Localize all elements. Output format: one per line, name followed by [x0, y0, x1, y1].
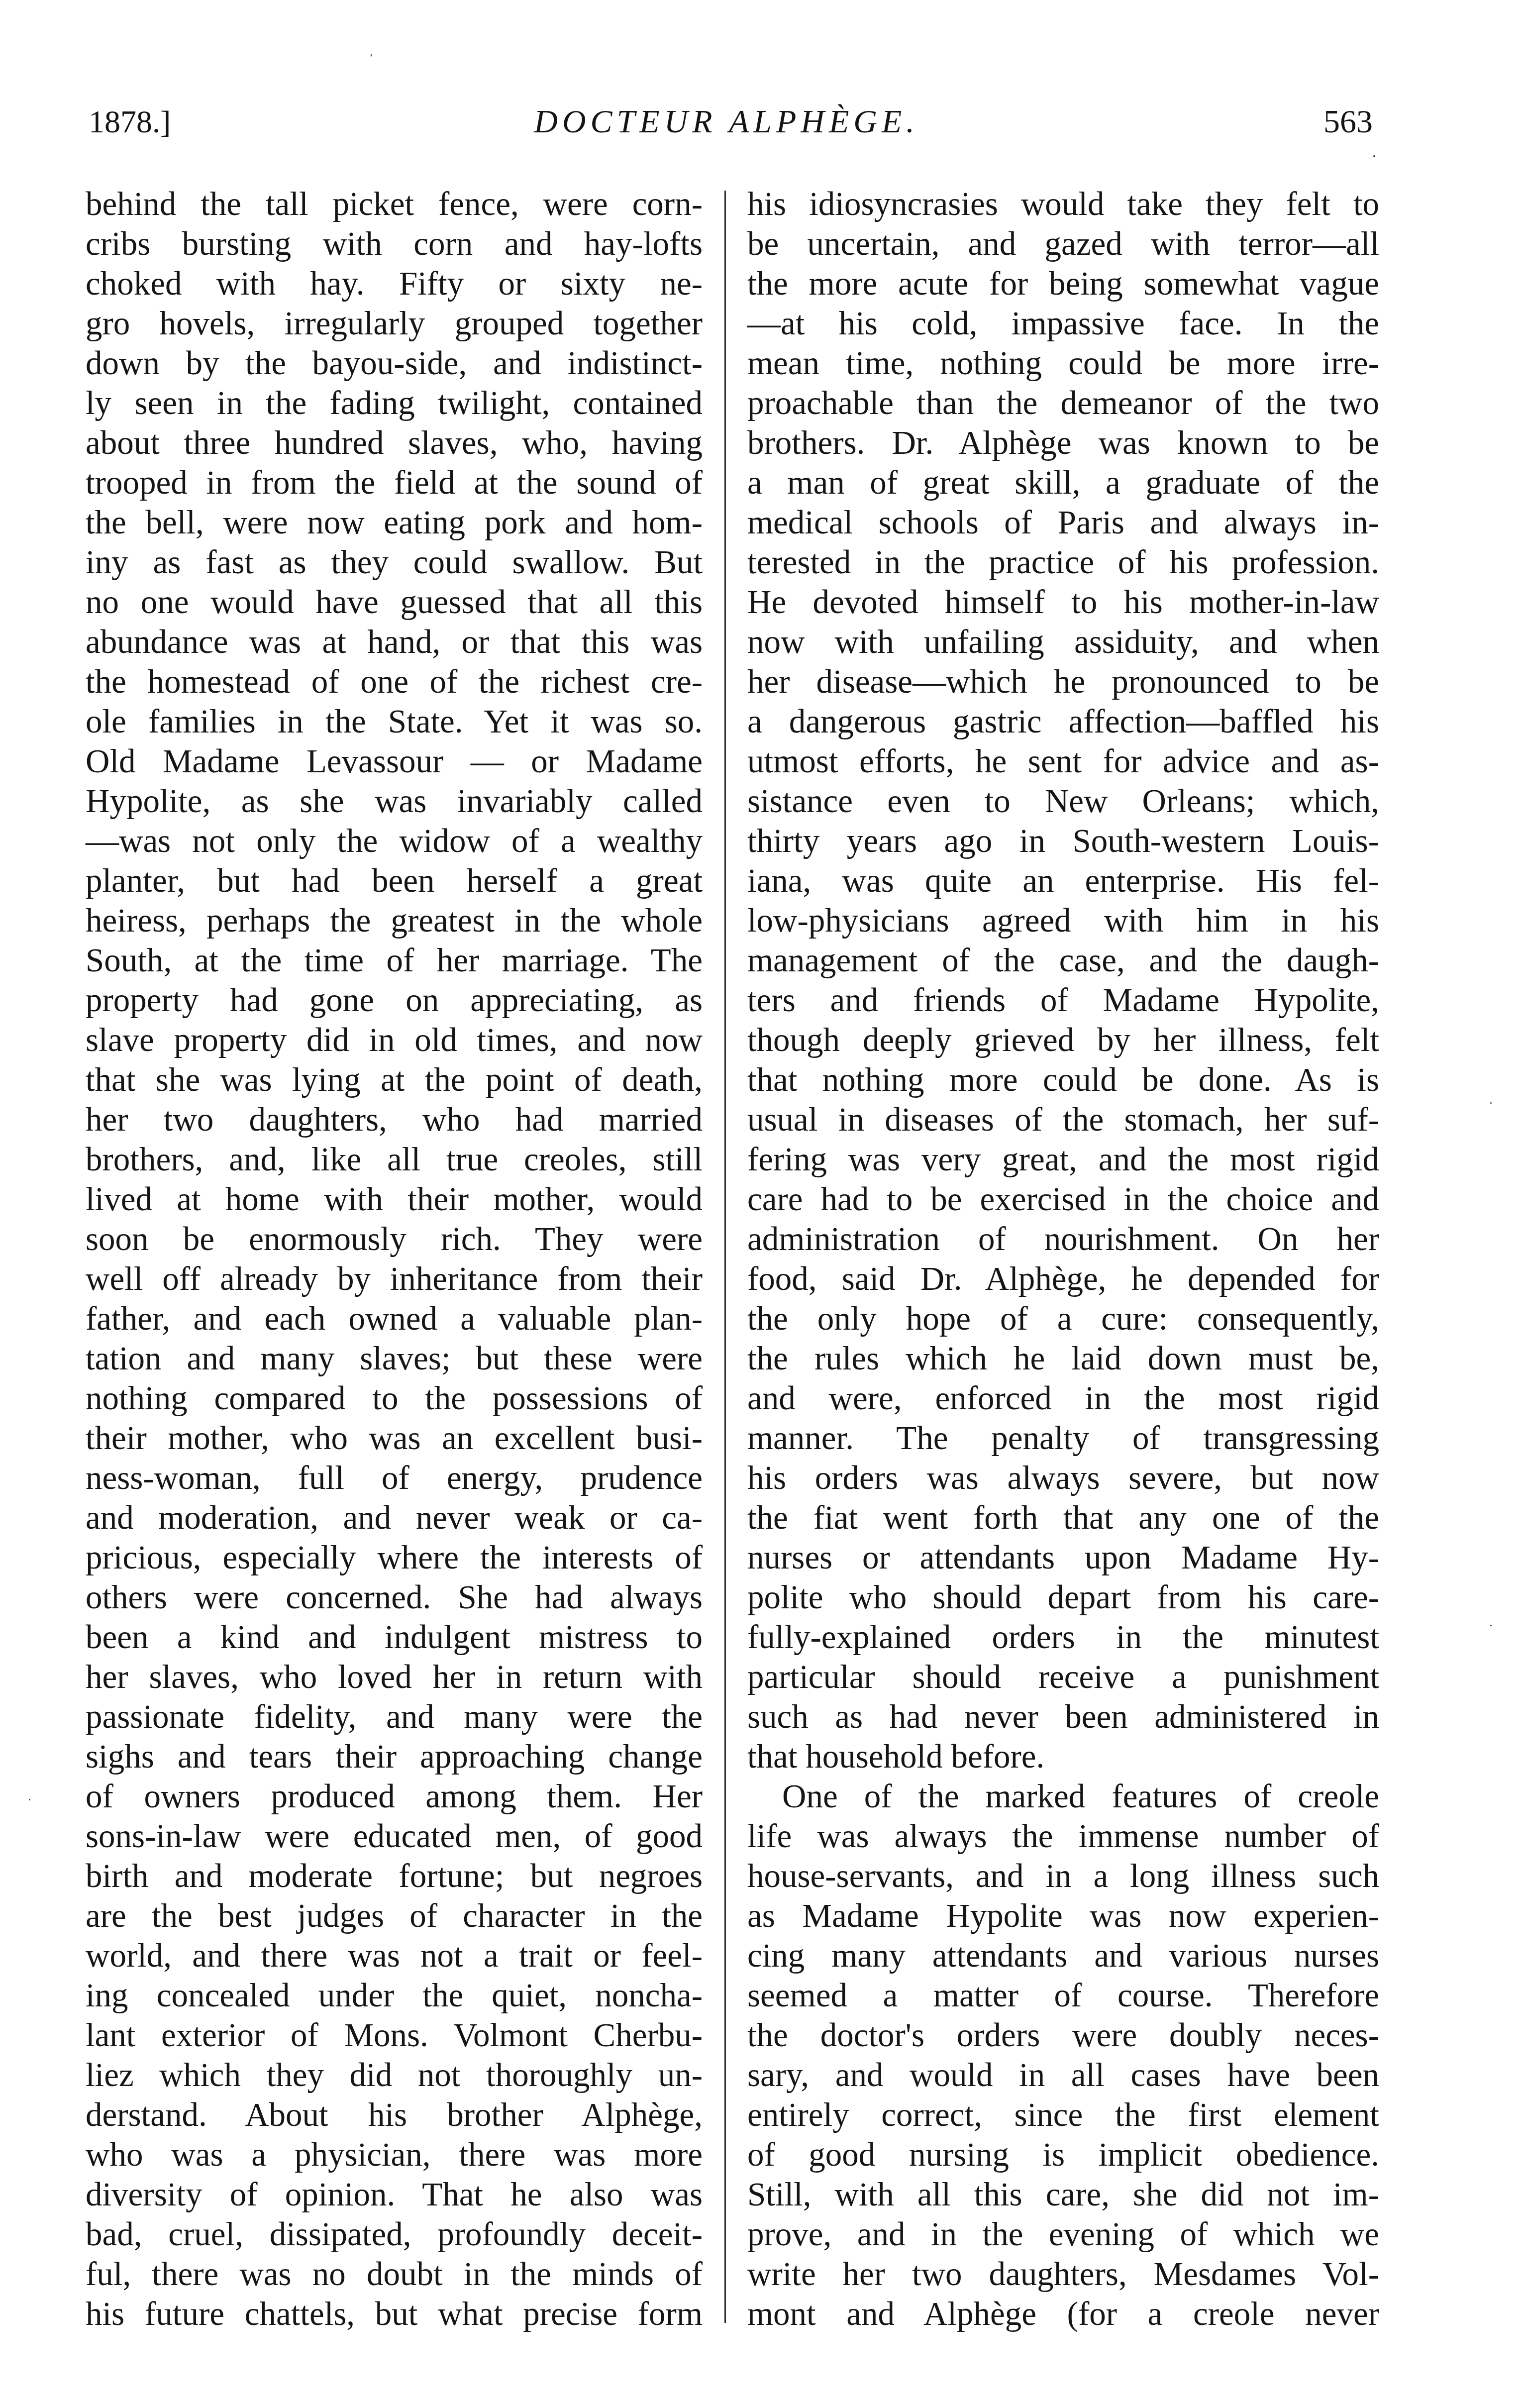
text-line: behind the tall picket fence, were corn-: [86, 184, 703, 224]
text-line: well off already by inheritance from the…: [86, 1259, 703, 1299]
text-line: bad, cruel, dissipated, profoundly decei…: [86, 2214, 703, 2254]
running-head-year: 1878.]: [89, 100, 171, 144]
text-line: fully-explained orders in the minutest: [747, 1617, 1379, 1657]
text-line: choked with hay. Fifty or sixty ne-: [86, 264, 703, 304]
text-line: ness-woman, full of energy, prudence: [86, 1458, 703, 1498]
text-line: nothing compared to the possessions of: [86, 1378, 703, 1418]
text-line: the bell, were now eating pork and hom-: [86, 503, 703, 542]
text-line: lived at home with their mother, would: [86, 1179, 703, 1219]
page-number: 563: [1323, 100, 1373, 144]
text-line: though deeply grieved by her illness, fe…: [747, 1020, 1379, 1060]
text-line: now with unfailing assiduity, and when: [747, 622, 1379, 662]
text-line: cribs bursting with corn and hay-lofts: [86, 224, 703, 264]
text-line: —at his cold, impassive face. In the: [747, 304, 1379, 343]
running-head-title: DOCTEUR ALPHÈGE.: [517, 100, 935, 144]
text-line: entirely correct, since the first elemen…: [747, 2095, 1379, 2135]
paragraph-start-line: One of the marked features of creole: [747, 1777, 1379, 1816]
text-line: administration of nourishment. On her: [747, 1219, 1379, 1259]
print-speck: [1490, 1625, 1492, 1626]
text-line: He devoted himself to his mother-in-law: [747, 582, 1379, 622]
text-line: usual in diseases of the stomach, her su…: [747, 1100, 1379, 1140]
text-line: nurses or attendants upon Madame Hy-: [747, 1538, 1379, 1577]
text-line: the doctor's orders were doubly neces-: [747, 2015, 1379, 2055]
text-line: iny as fast as they could swallow. But: [86, 542, 703, 582]
text-line: heiress, perhaps the greatest in the who…: [86, 901, 703, 941]
text-line: sighs and tears their approaching change: [86, 1737, 703, 1777]
text-line: diversity of opinion. That he also was: [86, 2175, 703, 2214]
text-line: house-servants, and in a long illness su…: [747, 1856, 1379, 1896]
text-line: seemed a matter of course. Therefore: [747, 1976, 1379, 2015]
text-line: Still, with all this care, she did not i…: [747, 2175, 1379, 2214]
text-line: passionate fidelity, and many were the: [86, 1697, 703, 1737]
text-line: property had gone on appreciating, as: [86, 980, 703, 1020]
text-line: utmost efforts, he sent for advice and a…: [747, 741, 1379, 781]
text-line: world, and there was not a trait or feel…: [86, 1936, 703, 1976]
text-line: such as had never been administered in: [747, 1697, 1379, 1737]
text-line: derstand. About his brother Alphège,: [86, 2095, 703, 2135]
print-speck: [371, 54, 372, 57]
text-line: fering was very great, and the most rigi…: [747, 1140, 1379, 1179]
text-line: slave property did in old times, and now: [86, 1020, 703, 1060]
text-line: birth and moderate fortune; but negroes: [86, 1856, 703, 1896]
text-line: —was not only the widow of a wealthy: [86, 821, 703, 861]
text-line: about three hundred slaves, who, having: [86, 423, 703, 463]
text-line: of owners produced among them. Her: [86, 1777, 703, 1816]
text-line: brothers. Dr. Alphège was known to be: [747, 423, 1379, 463]
text-line: her slaves, who loved her in return with: [86, 1657, 703, 1697]
text-line: a dangerous gastric affection—baffled hi…: [747, 702, 1379, 741]
text-line: sons-in-law were educated men, of good: [86, 1816, 703, 1856]
text-line: lant exterior of Mons. Volmont Cherbu-: [86, 2015, 703, 2055]
text-line: ole families in the State. Yet it was so…: [86, 702, 703, 741]
text-line: cing many attendants and various nurses: [747, 1936, 1379, 1976]
text-line: as Madame Hypolite was now experien-: [747, 1896, 1379, 1936]
text-line: tation and many slaves; but these were: [86, 1339, 703, 1378]
text-line: his idiosyncrasies would take they felt …: [747, 184, 1379, 224]
print-speck: [1373, 155, 1375, 157]
text-line: that household before.: [747, 1737, 1379, 1777]
text-line: Old Madame Levassour — or Madame: [86, 741, 703, 781]
text-line: planter, but had been herself a great: [86, 861, 703, 901]
text-line: the rules which he laid down must be,: [747, 1339, 1379, 1378]
print-speck: [29, 1799, 30, 1800]
text-line: be uncertain, and gazed with terror—all: [747, 224, 1379, 264]
text-line: a man of great skill, a graduate of the: [747, 463, 1379, 503]
text-line: her disease—which he pronounced to be: [747, 662, 1379, 702]
text-line: their mother, who was an excellent busi-: [86, 1418, 703, 1458]
text-line: and moderation, and never weak or ca-: [86, 1498, 703, 1538]
right-text-column: his idiosyncrasies would take they felt …: [747, 184, 1379, 2334]
column-divider: [724, 191, 726, 2323]
text-line: the only hope of a cure: consequently,: [747, 1299, 1379, 1339]
text-line: life was always the immense number of: [747, 1816, 1379, 1856]
text-line: pricious, especially where the interests…: [86, 1538, 703, 1577]
text-line: food, said Dr. Alphège, he depended for: [747, 1259, 1379, 1299]
text-line: the fiat went forth that any one of the: [747, 1498, 1379, 1538]
text-line: South, at the time of her marriage. The: [86, 941, 703, 980]
text-line: polite who should depart from his care-: [747, 1577, 1379, 1617]
text-line: who was a physician, there was more: [86, 2135, 703, 2175]
text-line: terested in the practice of his professi…: [747, 542, 1379, 582]
text-line: down by the bayou-side, and indistinct-: [86, 343, 703, 383]
left-text-column: behind the tall picket fence, were corn-…: [86, 184, 703, 2334]
text-line: management of the case, and the daugh-: [747, 941, 1379, 980]
text-line: are the best judges of character in the: [86, 1896, 703, 1936]
text-line: ing concealed under the quiet, noncha-: [86, 1976, 703, 2015]
text-line: gro hovels, irregularly grouped together: [86, 304, 703, 343]
text-line: soon be enormously rich. They were: [86, 1219, 703, 1259]
text-line: her two daughters, who had married: [86, 1100, 703, 1140]
text-line: proachable than the demeanor of the two: [747, 383, 1379, 423]
text-line: his orders was always severe, but now: [747, 1458, 1379, 1498]
text-line: write her two daughters, Mesdames Vol-: [747, 2254, 1379, 2294]
text-line: ful, there was no doubt in the minds of: [86, 2254, 703, 2294]
text-line: iana, was quite an enterprise. His fel-: [747, 861, 1379, 901]
book-page: 1878.] DOCTEUR ALPHÈGE. 563 behind the t…: [0, 0, 1524, 2408]
text-line: and were, enforced in the most rigid: [747, 1378, 1379, 1418]
text-line: the homestead of one of the richest cre-: [86, 662, 703, 702]
text-line: ters and friends of Madame Hypolite,: [747, 980, 1379, 1020]
text-line: low-physicians agreed with him in his: [747, 901, 1379, 941]
text-line: particular should receive a punishment: [747, 1657, 1379, 1697]
text-line: manner. The penalty of transgressing: [747, 1418, 1379, 1458]
text-line: brothers, and, like all true creoles, st…: [86, 1140, 703, 1179]
text-line: trooped in from the field at the sound o…: [86, 463, 703, 503]
text-line: medical schools of Paris and always in-: [747, 503, 1379, 542]
text-line: ly seen in the fading twilight, containe…: [86, 383, 703, 423]
text-line: thirty years ago in South-western Louis-: [747, 821, 1379, 861]
print-speck: [1490, 1102, 1492, 1104]
text-line: been a kind and indulgent mistress to: [86, 1617, 703, 1657]
text-line: abundance was at hand, or that this was: [86, 622, 703, 662]
text-line: sistance even to New Orleans; which,: [747, 781, 1379, 821]
text-line: no one would have guessed that all this: [86, 582, 703, 622]
text-line: Hypolite, as she was invariably called: [86, 781, 703, 821]
text-line: that nothing more could be done. As is: [747, 1060, 1379, 1100]
text-line: prove, and in the evening of which we: [747, 2214, 1379, 2254]
text-line: his future chattels, but what precise fo…: [86, 2294, 703, 2334]
text-line: liez which they did not thoroughly un-: [86, 2055, 703, 2095]
text-line: others were concerned. She had always: [86, 1577, 703, 1617]
text-line: of good nursing is implicit obedience.: [747, 2135, 1379, 2175]
text-line: sary, and would in all cases have been: [747, 2055, 1379, 2095]
text-line: mean time, nothing could be more irre-: [747, 343, 1379, 383]
text-line: mont and Alphège (for a creole never: [747, 2294, 1379, 2334]
text-line: that she was lying at the point of death…: [86, 1060, 703, 1100]
text-line: the more acute for being somewhat vague: [747, 264, 1379, 304]
text-line: care had to be exercised in the choice a…: [747, 1179, 1379, 1219]
text-line: father, and each owned a valuable plan-: [86, 1299, 703, 1339]
